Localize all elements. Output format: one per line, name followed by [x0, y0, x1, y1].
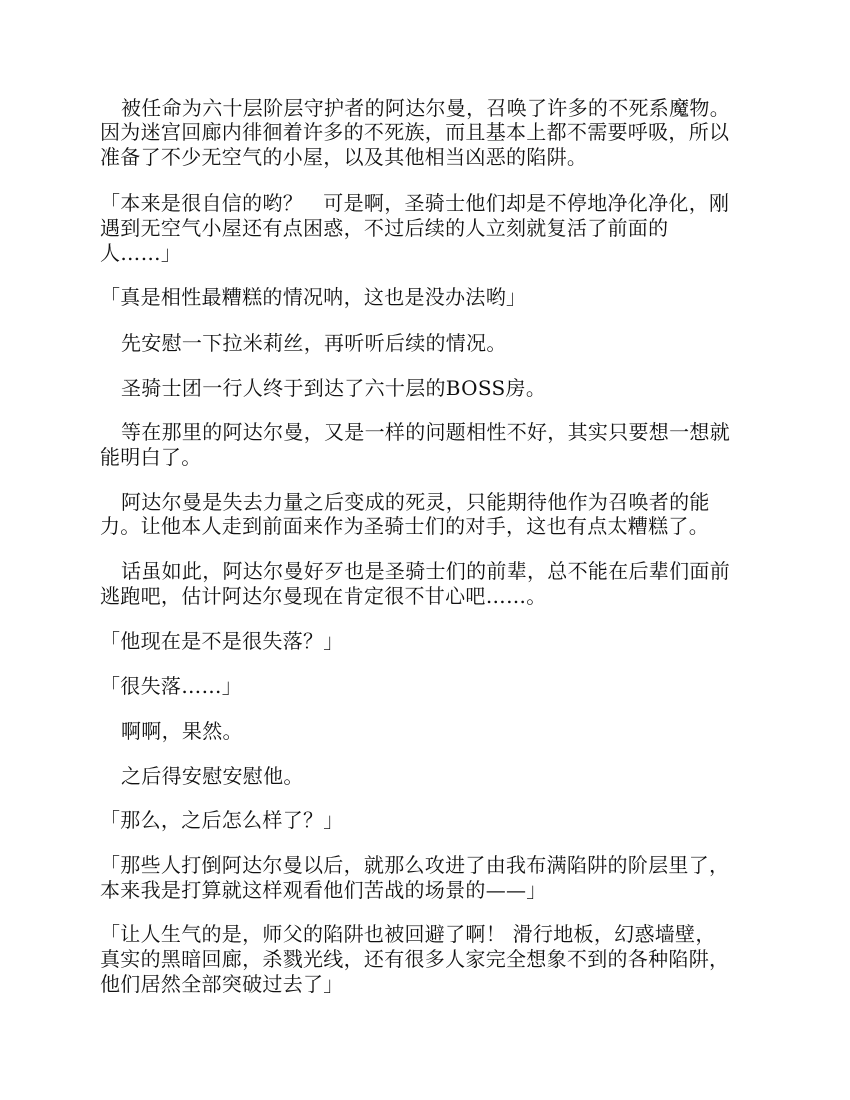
- text-line: 「真是相性最糟糕的情况呐，这也是没办法哟」: [100, 284, 760, 310]
- text-line: 准备了不少无空气的小屋，以及其他相当凶恶的陷阱。: [100, 144, 760, 170]
- text-line: 啊啊，果然。: [121, 718, 781, 744]
- text-line: 「让人生气的是，师父的陷阱也被回避了啊！ 滑行地板，幻惑墙壁，: [100, 921, 760, 947]
- text-line: 「那么，之后怎么样了？」: [100, 807, 760, 833]
- text-line: 本来我是打算就这样观看他们苦战的场景的——」: [100, 877, 760, 903]
- text-line: 先安慰一下拉米莉丝，再听听后续的情况。: [121, 330, 781, 356]
- text-line: 人……」: [100, 240, 760, 266]
- text-line: 阿达尔曼是失去力量之后变成的死灵，只能期待他作为召唤者的能: [121, 489, 781, 515]
- text-line: 能明白了。: [100, 444, 760, 470]
- text-line: 圣骑士团一行人终于到达了六十层的BOSS房。: [121, 375, 781, 401]
- text-line: 「那些人打倒阿达尔曼以后，就那么攻进了由我布满陷阱的阶层里了，: [100, 852, 760, 878]
- text-line: 「他现在是不是很失落？」: [100, 628, 760, 654]
- text-line: 被任命为六十层阶层守护者的阿达尔曼，召唤了许多的不死系魔物。: [121, 95, 781, 121]
- text-line: 他们居然全部突破过去了」: [100, 971, 760, 997]
- text-line: 遇到无空气小屋还有点困惑，不过后续的人立刻就复活了前面的: [100, 215, 760, 241]
- text-line: 真实的黑暗回廊，杀戮光线，还有很多人家完全想象不到的各种陷阱，: [100, 946, 760, 972]
- document-page: 被任命为六十层阶层守护者的阿达尔曼，召唤了许多的不死系魔物。 因为迷宫回廊内徘徊…: [0, 0, 850, 1100]
- text-line: 因为迷宫回廊内徘徊着许多的不死族，而且基本上都不需要呼吸，所以: [100, 119, 760, 145]
- text-line: 「很失落……」: [100, 673, 760, 699]
- text-line: 逃跑吧，估计阿达尔曼现在肯定很不甘心吧……。: [100, 583, 760, 609]
- text-line: 之后得安慰安慰他。: [121, 763, 781, 789]
- text-line: 等在那里的阿达尔曼，又是一样的问题相性不好，其实只要想一想就: [121, 419, 781, 445]
- text-line: 话虽如此，阿达尔曼好歹也是圣骑士们的前辈，总不能在后辈们面前: [121, 558, 781, 584]
- text-line: 力。让他本人走到前面来作为圣骑士们的对手，这也有点太糟糕了。: [100, 513, 760, 539]
- text-line: 「本来是很自信的哟？ 可是啊，圣骑士他们却是不停地净化净化，刚: [100, 190, 760, 216]
